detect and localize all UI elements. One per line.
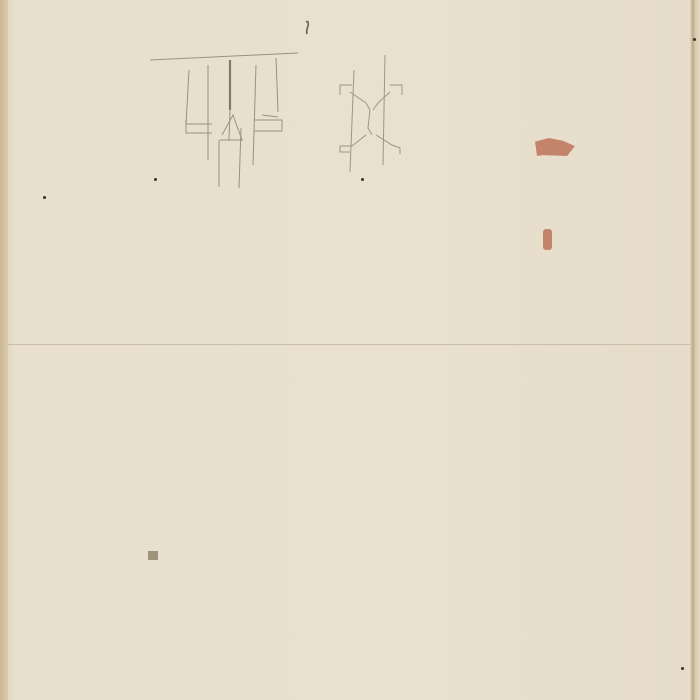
paper-sheet (0, 0, 700, 700)
sketch-right (340, 55, 402, 172)
sketch-left (150, 53, 298, 188)
grey-smudge (148, 551, 158, 560)
speck (43, 196, 46, 199)
speck (693, 38, 696, 41)
speck (361, 178, 364, 181)
pencil-sketches (0, 0, 700, 700)
stain-lower (543, 229, 552, 250)
speck (154, 178, 157, 181)
pencil-mark (306, 22, 308, 35)
speck (681, 667, 684, 670)
